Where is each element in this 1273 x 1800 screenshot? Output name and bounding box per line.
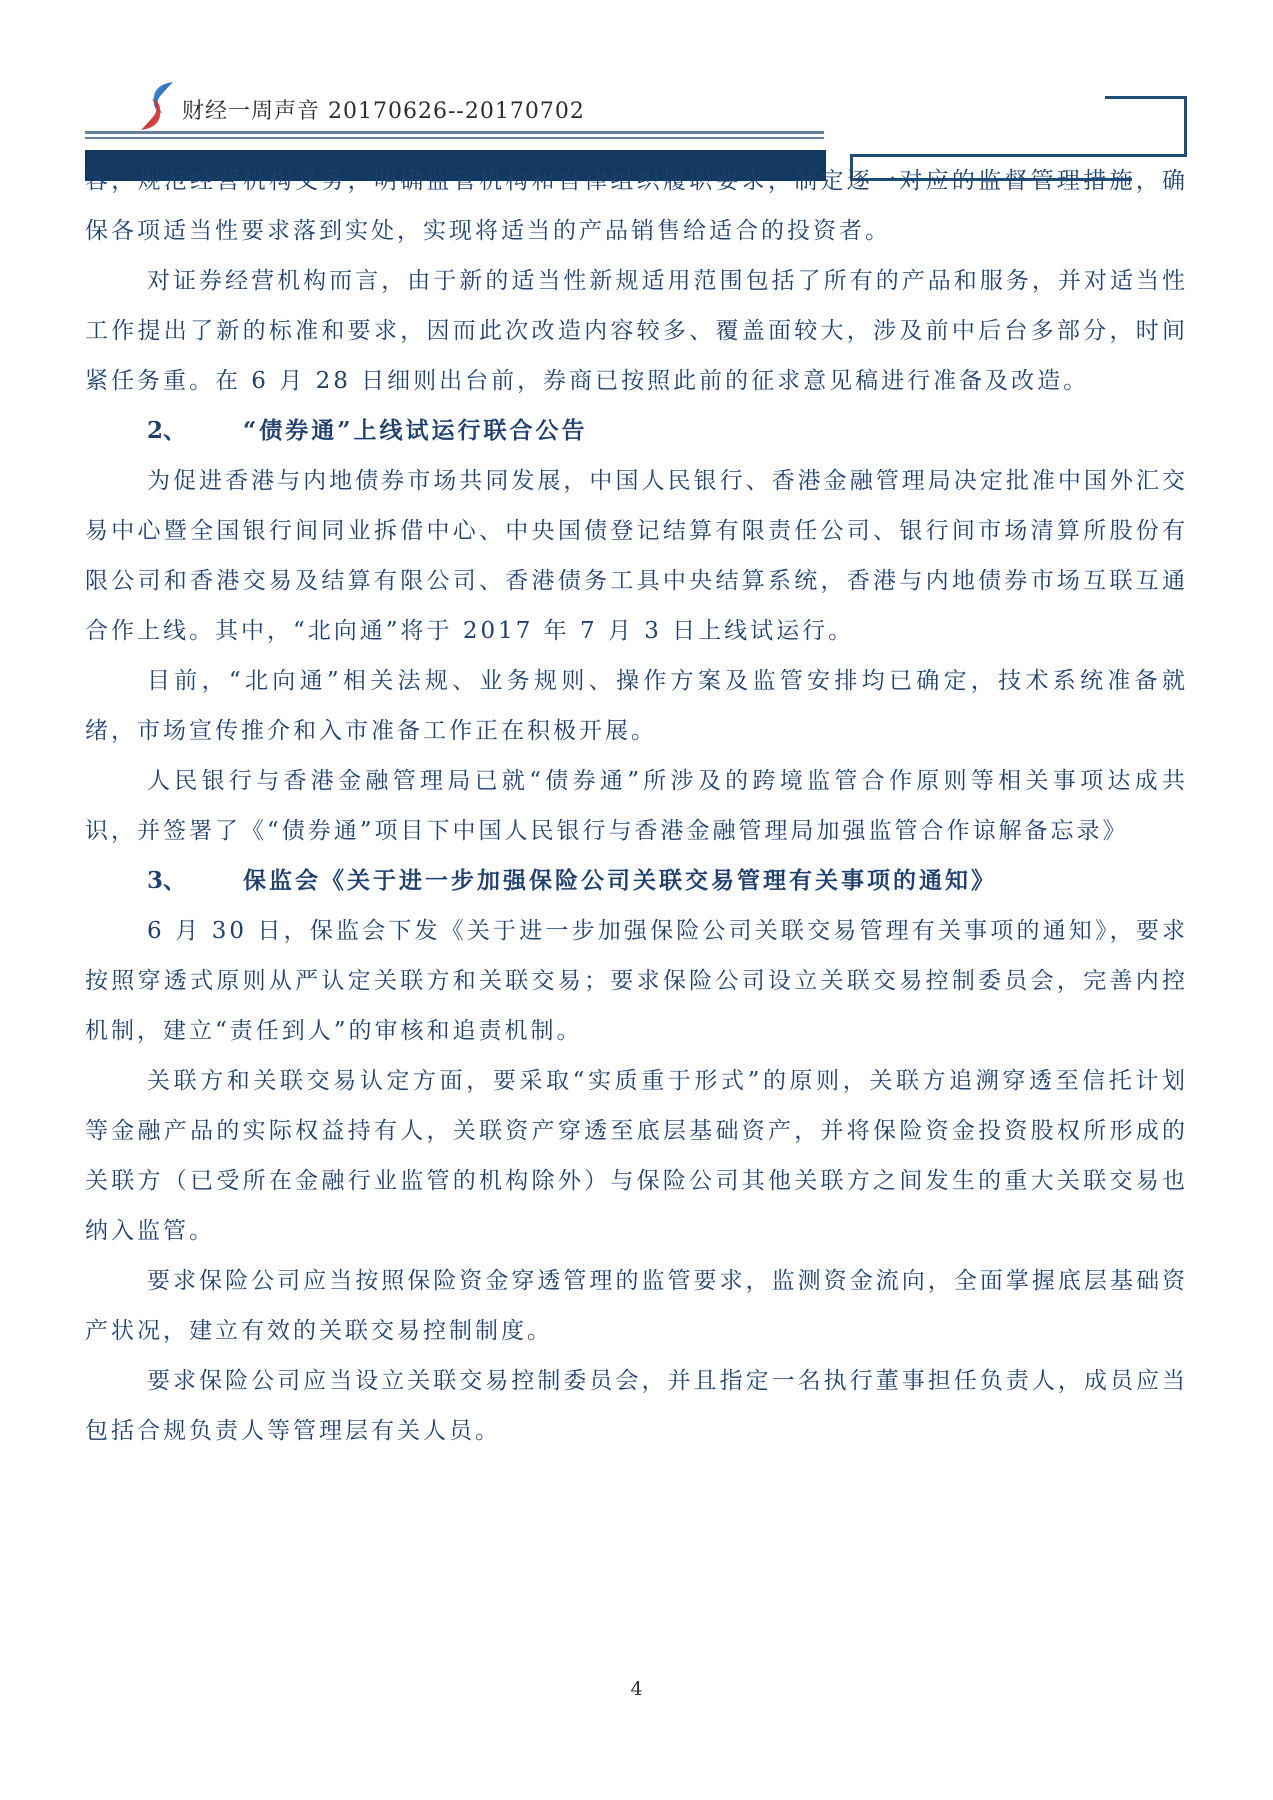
s-ribbon-logo [139,80,175,132]
paragraph: 要求保险公司应当设立关联交易控制委员会，并且指定一名执行董事担任负责人，成员应当… [85,1356,1188,1456]
header-decoration-line-top [1105,96,1187,99]
paragraph: 人民银行与香港金融管理局已就“债券通”所涉及的跨境监管合作原则等相关事项达成共识… [85,756,1188,856]
heading-text: “债券通”上线试运行联合公告 [243,417,587,444]
paragraph: 容，规范经营机构义务，明确监管机构和自律组织履职要求，制定逐一对应的监督管理措施… [85,156,1188,256]
paragraph: 对证券经营机构而言，由于新的适当性新规适用范围包括了所有的产品和服务，并对适当性… [85,256,1188,406]
section-heading: 3、保监会《关于进一步加强保险公司关联交易管理有关事项的通知》 [85,856,1188,906]
header-double-rule [85,131,824,139]
header-decoration-line-right [1184,96,1187,157]
paragraph: 关联方和关联交易认定方面，要采取“实质重于形式”的原则，关联方追溯穿透至信托计划… [85,1056,1188,1256]
heading-number: 3、 [147,856,243,906]
paragraph: 6 月 30 日，保监会下发《关于进一步加强保险公司关联交易管理有关事项的通知》… [85,906,1188,1056]
paragraph: 要求保险公司应当按照保险资金穿透管理的监管要求，监测资金流向，全面掌握底层基础资… [85,1256,1188,1356]
heading-number: 2、 [147,406,243,456]
page-number: 4 [0,1678,1273,1700]
section-heading: 2、“债券通”上线试运行联合公告 [85,406,1188,456]
paragraph: 目前，“北向通”相关法规、业务规则、操作方案及监管安排均已确定，技术系统准备就绪… [85,656,1188,756]
paragraph: 为促进香港与内地债券市场共同发展，中国人民银行、香港金融管理局决定批准中国外汇交… [85,456,1188,656]
report-title: 财经一周声音 20170626--20170702 [182,99,585,125]
report-page: 财经一周声音 20170626--20170702 容，规范经营机构义务，明确监… [0,0,1273,1800]
heading-text: 保监会《关于进一步加强保险公司关联交易管理有关事项的通知》 [243,867,997,894]
document-body: 容，规范经营机构义务，明确监管机构和自律组织履职要求，制定逐一对应的监督管理措施… [85,156,1188,1456]
